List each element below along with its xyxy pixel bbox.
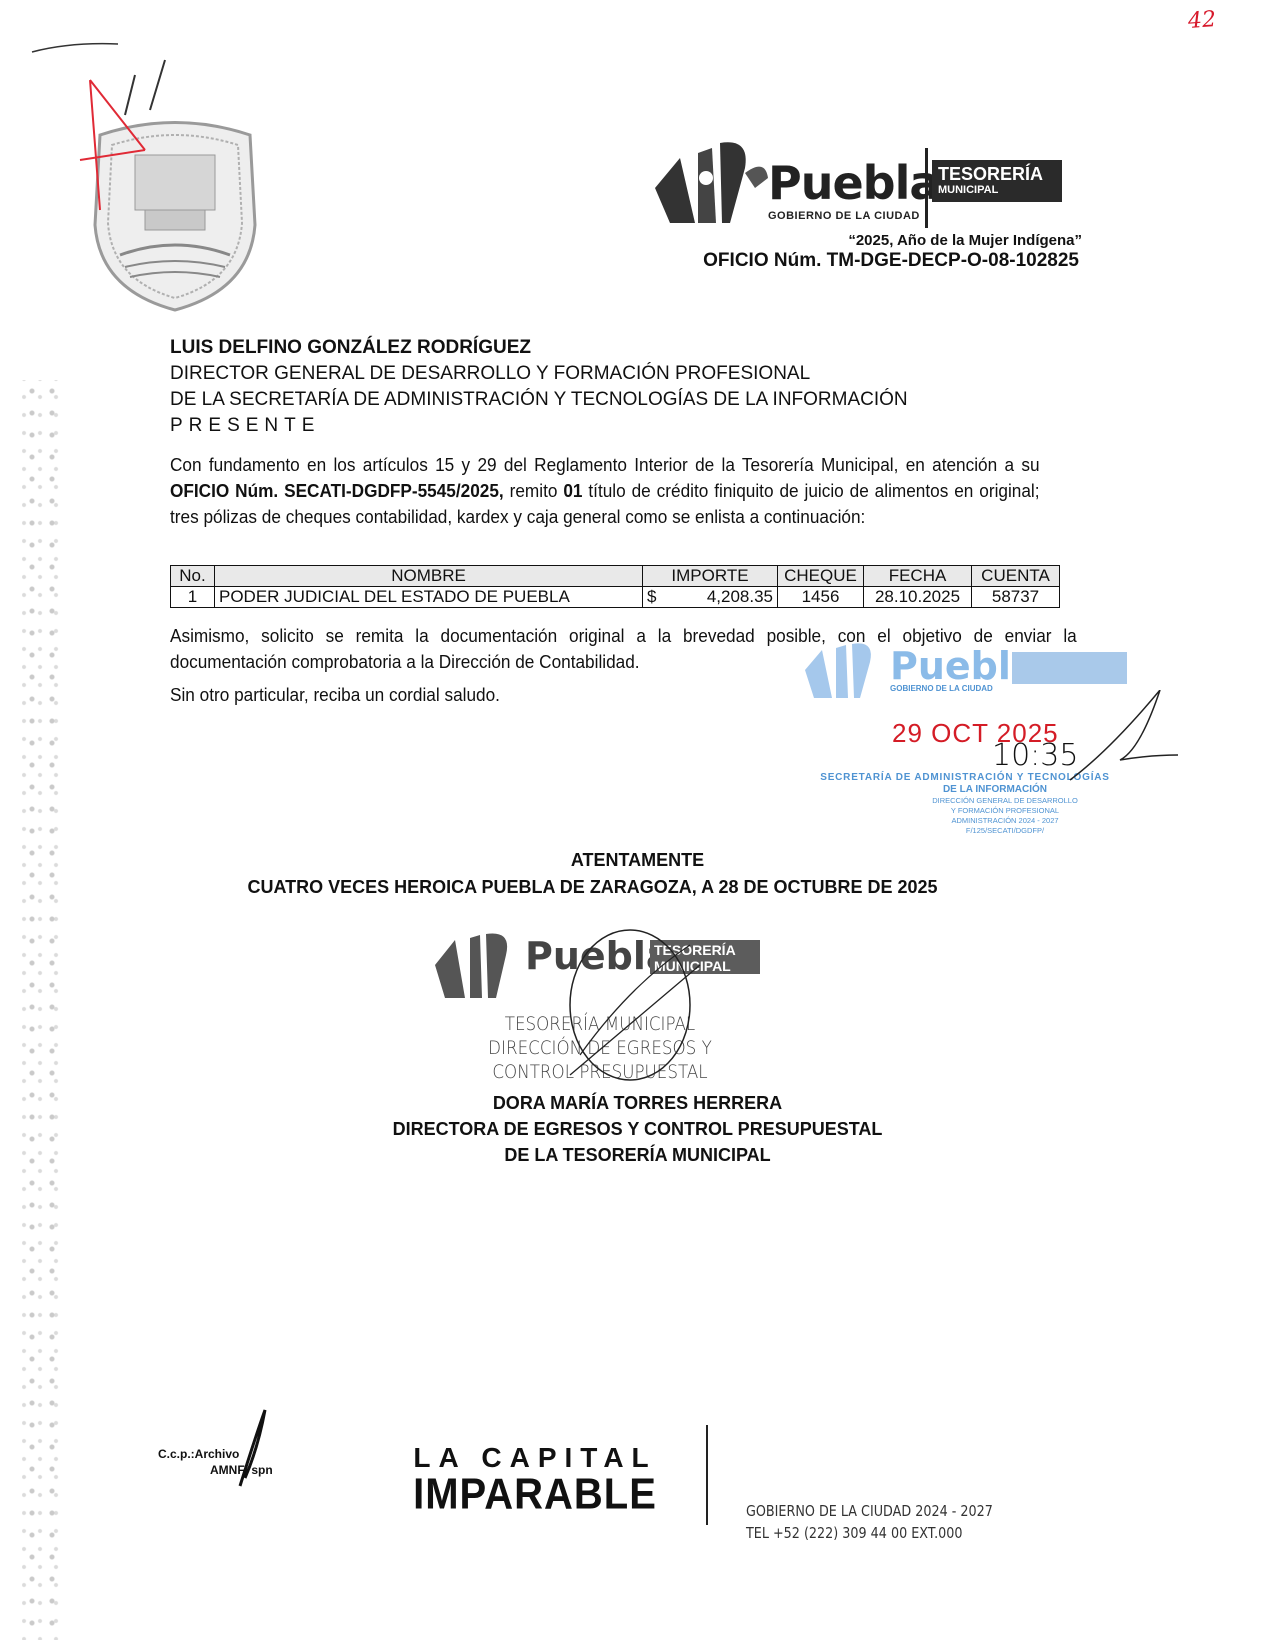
scan-edge-pattern [22, 380, 62, 1640]
closing-atentamente: ATENTAMENTE [0, 850, 1275, 871]
recipient-name: LUIS DELFINO GONZÁLEZ RODRÍGUEZ [170, 335, 908, 361]
col-header-cheque: CHEQUE [778, 566, 864, 587]
table-row: 1 PODER JUDICIAL DEL ESTADO DE PUEBLA $ … [171, 587, 1060, 608]
puebla-tesoreria-logo: Puebla GOBIERNO DE LA CIUDAD TESORERÍA M… [650, 138, 1070, 233]
puebla-emblem-icon [430, 930, 520, 1000]
stamp-brand-sub: GOBIERNO DE LA CIUDAD [890, 684, 993, 693]
page-number-mark: 42 [1187, 7, 1217, 34]
puebla-emblem-icon [650, 138, 770, 228]
cell-nombre: PODER JUDICIAL DEL ESTADO DE PUEBLA [215, 587, 643, 608]
cell-importe: $ 4,208.35 [643, 587, 778, 608]
handwritten-mark-icon [50, 40, 210, 220]
stamp-line-3: DIRECCIÓN GENERAL DE DESARROLLO [880, 796, 1130, 806]
col-header-cuenta: CUENTA [972, 566, 1060, 587]
cell-no: 1 [171, 587, 215, 608]
department-subtitle: MUNICIPAL [938, 184, 1056, 196]
cell-cheque: 1456 [778, 587, 864, 608]
table-header-row: No. NOMBRE IMPORTE CHEQUE FECHA CUENTA [171, 566, 1060, 587]
col-header-fecha: FECHA [864, 566, 972, 587]
initials-signature-icon [200, 1408, 310, 1488]
brand-subtitle: GOBIERNO DE LA CIUDAD [768, 210, 920, 222]
stamp-line-5: ADMINISTRACIÓN 2024 - 2027 [880, 816, 1130, 826]
stamp-department-box [1012, 652, 1127, 684]
p1-text-b: remito [504, 480, 564, 501]
logo-divider [925, 148, 928, 228]
stamp-line-6: F/125/SECATI/DGDFP/ [880, 826, 1130, 836]
signatory-title-2: DE LA TESORERÍA MUNICIPAL [0, 1142, 1275, 1168]
slogan-line-2: IMPARABLE [385, 1472, 685, 1516]
reference-oficio: OFICIO Núm. SECATI-DGDFP-5545/2025, [170, 480, 504, 501]
year-motto: “2025, Año de la Mujer Indígena” [848, 232, 1082, 249]
p1-text-a: Con fundamento en los artículos 15 y 29 … [170, 454, 1040, 475]
receiver-signature-icon [1060, 690, 1180, 790]
official-seal: Puebla TESORERÍA MUNICIPAL TESORERÍA MUN… [430, 920, 770, 1110]
footer-phone: TEL +52 (222) 309 44 00 EXT.000 [746, 1522, 993, 1544]
puebla-emblem-icon [800, 640, 885, 700]
cell-cuenta: 58737 [972, 587, 1060, 608]
checks-table: No. NOMBRE IMPORTE CHEQUE FECHA CUENTA 1… [170, 565, 1060, 608]
oficio-number: OFICIO Núm. TM-DGE-DECP-O-08-102825 [703, 250, 1079, 272]
cell-fecha: 28.10.2025 [864, 587, 972, 608]
footer-divider [706, 1425, 708, 1525]
currency-symbol: $ [647, 587, 656, 607]
stamp-line-details: DIRECCIÓN GENERAL DE DESARROLLO Y FORMAC… [800, 796, 1130, 836]
footer-government: GOBIERNO DE LA CIUDAD 2024 - 2027 [746, 1500, 993, 1522]
col-header-nombre: NOMBRE [215, 566, 643, 587]
stamp-line-4: Y FORMACIÓN PROFESIONAL [880, 806, 1130, 816]
signature-scribble-icon [550, 925, 710, 1105]
presente-label: PRESENTE [170, 413, 908, 439]
body-paragraph-1: Con fundamento en los artículos 15 y 29 … [170, 452, 1040, 530]
recipient-block: LUIS DELFINO GONZÁLEZ RODRÍGUEZ DIRECTOR… [170, 335, 908, 439]
recipient-title-line2: DE LA SECRETARÍA DE ADMINISTRACIÓN Y TEC… [170, 387, 908, 413]
handwritten-line-icon [30, 38, 120, 58]
signatory-name: DORA MARÍA TORRES HERRERA [0, 1090, 1275, 1116]
department-title: TESORERÍA [938, 164, 1056, 184]
document-quantity: 01 [563, 480, 582, 501]
closing-city-date: CUATRO VECES HEROICA PUEBLA DE ZARAGOZA,… [0, 877, 1275, 898]
amount-value: 4,208.35 [707, 587, 773, 607]
signatory-block: DORA MARÍA TORRES HERRERA DIRECTORA DE E… [0, 1090, 1275, 1168]
footer-contact: GOBIERNO DE LA CIUDAD 2024 - 2027 TEL +5… [746, 1500, 993, 1544]
recipient-title-line1: DIRECTOR GENERAL DE DESARROLLO Y FORMACI… [170, 361, 908, 387]
footer-slogan: LA CAPITAL IMPARABLE [385, 1442, 685, 1532]
col-header-no: No. [171, 566, 215, 587]
department-badge: TESORERÍA MUNICIPAL [932, 160, 1062, 202]
brand-wordmark: Puebla [768, 156, 939, 210]
col-header-importe: IMPORTE [643, 566, 778, 587]
signatory-title-1: DIRECTORA DE EGRESOS Y CONTROL PRESUPUES… [0, 1116, 1275, 1142]
